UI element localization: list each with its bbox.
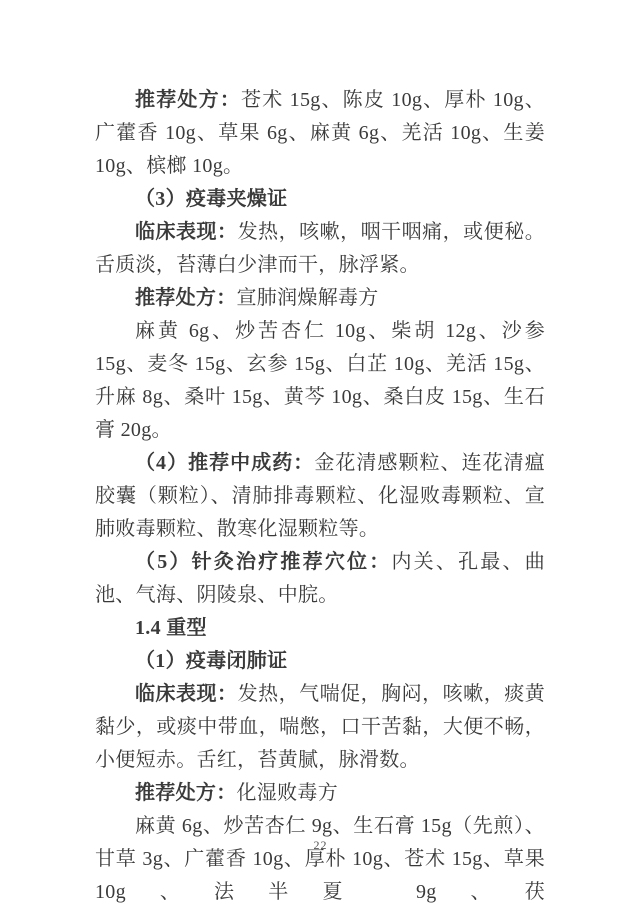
paragraph-label: （4）推荐中成药： (135, 452, 314, 474)
paragraph-text: 宣肺润燥解毒方 (237, 287, 379, 309)
paragraph-label: 推荐处方： (135, 287, 237, 309)
paragraph-text: 麻黄 6g、炒苦杏仁 9g、生石膏 15g（先煎）、甘草 3g、广藿香 10g、… (95, 815, 545, 903)
paragraph-patent-medicines: （4）推荐中成药：金花清感颗粒、连花清瘟胶囊（颗粒）、清肺排毒颗粒、化湿败毒颗粒… (95, 447, 545, 546)
heading-syndrome-3: （3）疫毒夹燥证 (95, 183, 545, 216)
paragraph-prescription-name-2: 推荐处方：化湿败毒方 (95, 777, 545, 810)
heading-syndrome-1-severe: （1）疫毒闭肺证 (95, 645, 545, 678)
paragraph-acupuncture-points: （5）针灸治疗推荐穴位：内关、孔最、曲池、气海、阴陵泉、中脘。 (95, 546, 545, 612)
paragraph-clinical-manifestation-1: 临床表现：发热，咳嗽，咽干咽痛，或便秘。舌质淡，苔薄白少津而干，脉浮紧。 (95, 216, 545, 282)
paragraph-label: 推荐处方： (135, 89, 241, 111)
document-page: 推荐处方：苍术 15g、陈皮 10g、厚朴 10g、广藿香 10g、草果 6g、… (0, 0, 641, 906)
document-body-text: 推荐处方：苍术 15g、陈皮 10g、厚朴 10g、广藿香 10g、草果 6g、… (95, 84, 545, 906)
paragraph-prescription-name-1: 推荐处方：宣肺润燥解毒方 (95, 282, 545, 315)
paragraph-text: 麻黄 6g、炒苦杏仁 10g、柴胡 12g、沙参 15g、麦冬 15g、玄参 1… (95, 320, 545, 441)
paragraph-label: 临床表现： (135, 683, 238, 705)
paragraph-herb-list-2: 麻黄 6g、炒苦杏仁 9g、生石膏 15g（先煎）、甘草 3g、广藿香 10g、… (95, 810, 545, 906)
paragraph-text: 化湿败毒方 (237, 782, 339, 804)
page-number: 22 (0, 838, 641, 853)
paragraph-herb-list-1: 麻黄 6g、炒苦杏仁 10g、柴胡 12g、沙参 15g、麦冬 15g、玄参 1… (95, 315, 545, 447)
paragraph-clinical-manifestation-2: 临床表现：发热，气喘促，胸闷，咳嗽，痰黄黏少，或痰中带血，喘憋，口干苦黏，大便不… (95, 678, 545, 777)
paragraph-label: （3）疫毒夹燥证 (135, 188, 287, 210)
paragraph-label: 1.4 重型 (135, 617, 207, 639)
paragraph-prescription-damp: 推荐处方：苍术 15g、陈皮 10g、厚朴 10g、广藿香 10g、草果 6g、… (95, 84, 545, 183)
paragraph-label: 临床表现： (135, 221, 238, 243)
paragraph-label: （1）疫毒闭肺证 (135, 650, 287, 672)
paragraph-label: 推荐处方： (135, 782, 237, 804)
paragraph-label: （5）针灸治疗推荐穴位： (135, 551, 391, 573)
heading-severe-type: 1.4 重型 (95, 612, 545, 645)
